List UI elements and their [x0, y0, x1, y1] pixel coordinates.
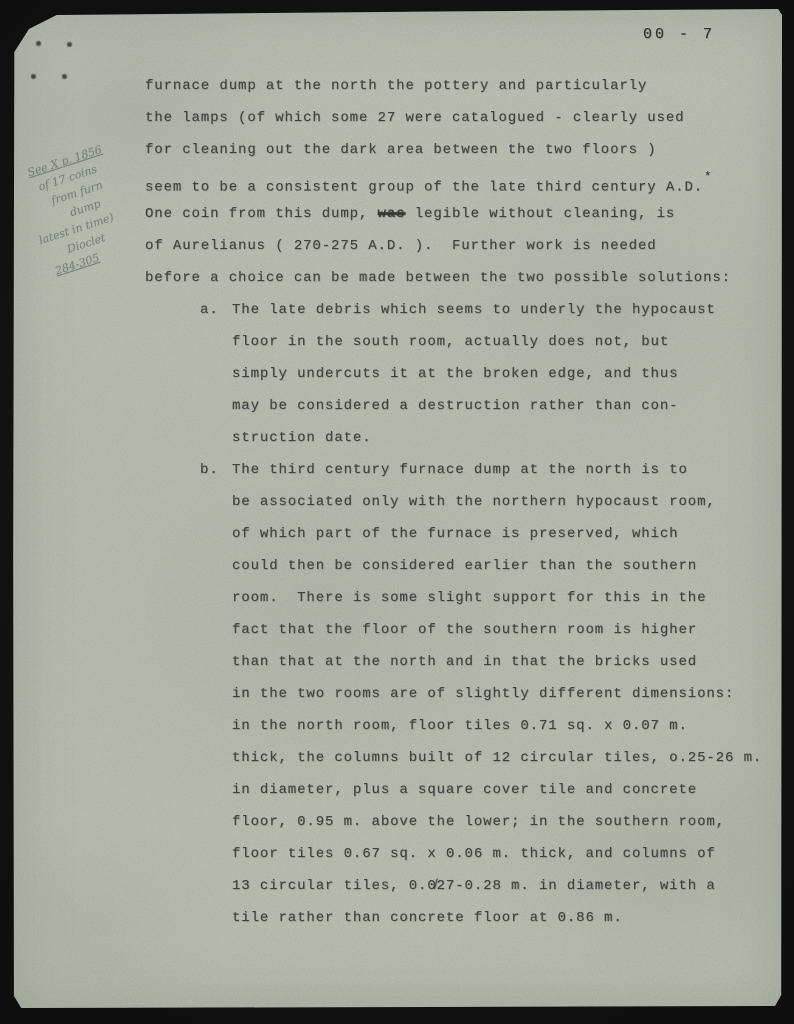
text-segment: seem to be a consistent group of the lat…: [145, 180, 703, 196]
text-line: fact that the floor of the southern room…: [232, 614, 745, 646]
text-line: seem to be a consistent group of the lat…: [145, 166, 745, 198]
page-number: 00 - 7: [643, 26, 715, 43]
text-line: One coin from this dump, was legible wit…: [145, 198, 745, 230]
text-line: before a choice can be made between the …: [145, 262, 745, 294]
pin-hole: [62, 74, 67, 79]
text-line: than that at the north and in that the b…: [232, 646, 745, 678]
text-segment: One coin from this dump,: [145, 206, 378, 222]
text-line: be associated only with the northern hyp…: [232, 486, 745, 518]
pin-hole: [31, 74, 36, 79]
text-line: may be considered a destruction rather t…: [232, 390, 745, 422]
text-line: room. There is some slight support for t…: [232, 582, 745, 614]
typewritten-body: furnace dump at the north the pottery an…: [145, 70, 745, 934]
text-line: The third century furnace dump at the no…: [232, 454, 745, 486]
text-segment: legible without cleaning, is: [405, 206, 675, 222]
text-line: for cleaning out the dark area between t…: [145, 134, 745, 166]
text-line: in the two rooms are of slightly differe…: [232, 678, 745, 710]
text-line: in the north room, floor tiles 0.71 sq. …: [232, 710, 745, 742]
text-line: The late debris which seems to underly t…: [232, 294, 745, 326]
text-line: could then be considered earlier than th…: [232, 550, 745, 582]
struck-out-word: was: [378, 206, 406, 222]
text-line: 13 circular tiles, 0.0̸27-0.28 m. in dia…: [232, 870, 745, 902]
list-item-a: a. The late debris which seems to underl…: [145, 294, 745, 454]
text-line: in diameter, plus a square cover tile an…: [232, 774, 745, 806]
footnote-asterisk: *: [704, 170, 712, 184]
list-item-b: b. The third century furnace dump at the…: [145, 454, 745, 934]
text-line: simply undercuts it at the broken edge, …: [232, 358, 745, 390]
list-item-b-label: b.: [200, 454, 219, 486]
text-line: floor tiles 0.67 sq. x 0.06 m. thick, an…: [232, 838, 745, 870]
text-line: floor, 0.95 m. above the lower; in the s…: [232, 806, 745, 838]
text-line: floor in the south room, actually does n…: [232, 326, 745, 358]
list-item-a-label: a.: [200, 294, 219, 326]
text-line: thick, the columns built of 12 circular …: [232, 742, 745, 774]
text-line: the lamps (of which some 27 were catalog…: [145, 102, 745, 134]
text-line: struction date.: [232, 422, 745, 454]
pin-hole: [67, 42, 72, 47]
text-line: tile rather than concrete floor at 0.86 …: [232, 902, 745, 934]
text-line: furnace dump at the north the pottery an…: [145, 70, 745, 102]
text-line: of which part of the furnace is preserve…: [232, 518, 745, 550]
text-line: of Aurelianus ( 270-275 A.D. ). Further …: [145, 230, 745, 262]
pin-hole: [36, 41, 41, 46]
